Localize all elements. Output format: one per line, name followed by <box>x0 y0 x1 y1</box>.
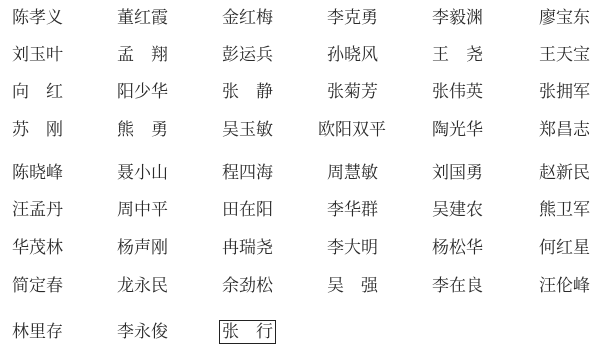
name-entry: 李永俊 <box>117 322 168 342</box>
name-entry: 熊卫军 <box>539 200 590 220</box>
name-entry: 刘国勇 <box>432 163 483 183</box>
name-entry: 张拥军 <box>539 82 590 102</box>
name-entry: 董红霞 <box>117 8 168 28</box>
name-entry: 苏 刚 <box>12 120 63 140</box>
name-entry: 聂小山 <box>117 163 168 183</box>
name-entry: 华茂林 <box>12 238 63 258</box>
name-entry: 欧阳双平 <box>318 120 386 140</box>
name-entry: 吴玉敏 <box>222 120 273 140</box>
name-entry: 李毅渊 <box>432 8 483 28</box>
name-entry: 冉瑞尧 <box>222 238 273 258</box>
name-entry: 赵新民 <box>539 163 590 183</box>
name-entry: 程四海 <box>222 163 273 183</box>
name-entry: 陈孝义 <box>12 8 63 28</box>
name-entry: 周中平 <box>117 200 168 220</box>
name-entry: 汪孟丹 <box>12 200 63 220</box>
name-entry: 孟 翔 <box>117 45 168 65</box>
name-entry: 李大明 <box>327 238 378 258</box>
name-list: 陈孝义董红霞金红梅李克勇李毅渊廖宝东刘玉叶孟 翔彭运兵孙晓风王 尧王天宝向 红阳… <box>0 0 599 360</box>
name-entry: 李克勇 <box>327 8 378 28</box>
name-entry: 何红星 <box>539 238 590 258</box>
name-entry: 陈晓峰 <box>12 163 63 183</box>
name-entry: 彭运兵 <box>222 45 273 65</box>
name-entry: 汪伦峰 <box>539 276 590 296</box>
name-entry: 李华群 <box>327 200 378 220</box>
name-entry: 龙永民 <box>117 276 168 296</box>
name-entry: 李在良 <box>432 276 483 296</box>
name-entry: 王天宝 <box>539 45 590 65</box>
name-entry: 郑昌志 <box>539 120 590 140</box>
name-entry: 张菊芳 <box>327 82 378 102</box>
name-entry: 杨声刚 <box>117 238 168 258</box>
name-entry: 陶光华 <box>432 120 483 140</box>
name-entry: 吴 强 <box>327 276 378 296</box>
name-entry: 廖宝东 <box>539 8 590 28</box>
name-entry: 向 红 <box>12 82 63 102</box>
name-entry: 王 尧 <box>432 45 483 65</box>
name-entry: 周慧敏 <box>327 163 378 183</box>
name-entry: 张伟英 <box>432 82 483 102</box>
name-entry: 简定春 <box>12 276 63 296</box>
name-entry: 田在阳 <box>222 200 273 220</box>
name-entry: 阳少华 <box>117 82 168 102</box>
name-entry: 孙晓风 <box>327 45 378 65</box>
name-entry: 林里存 <box>12 322 63 342</box>
name-entry: 刘玉叶 <box>12 45 63 65</box>
name-entry: 金红梅 <box>222 8 273 28</box>
name-entry: 杨松华 <box>432 238 483 258</box>
name-entry: 张 静 <box>222 82 273 102</box>
name-entry: 吴建农 <box>432 200 483 220</box>
highlighted-name-entry: 张 行 <box>219 320 276 344</box>
name-entry: 余劲松 <box>222 276 273 296</box>
name-entry: 熊 勇 <box>117 120 168 140</box>
